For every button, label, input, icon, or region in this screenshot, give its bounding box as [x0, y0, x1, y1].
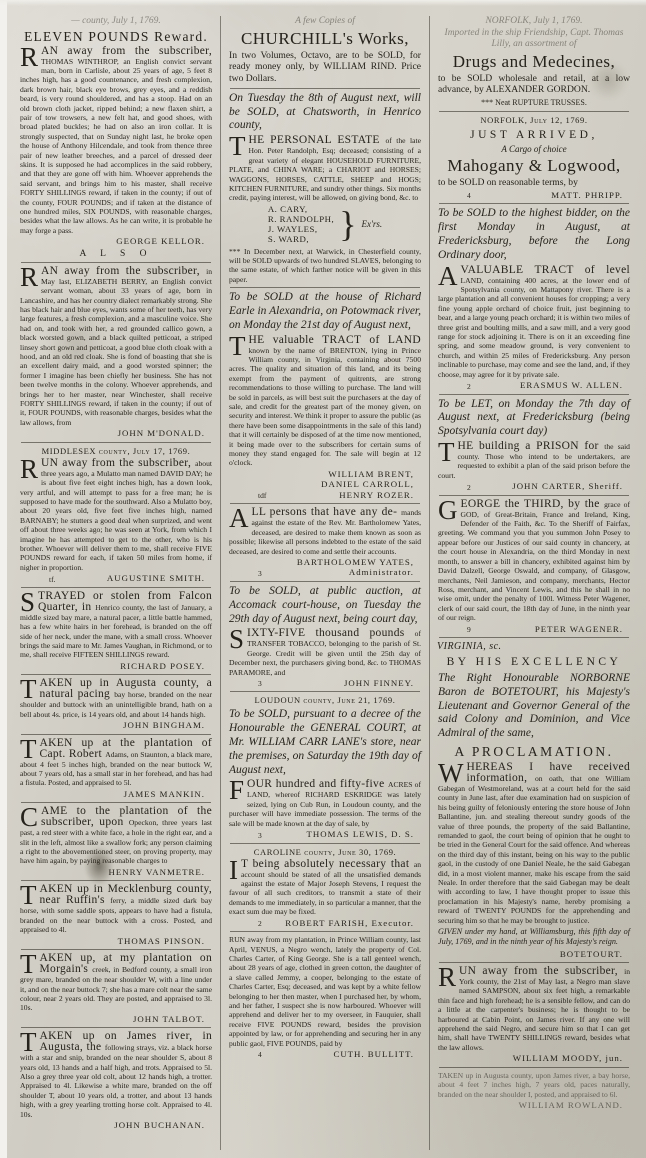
article-heading: The Right Honourable NORBORNE Baron de B…: [438, 672, 630, 741]
article: To be SOLD to the highest bidder, on the…: [437, 207, 631, 390]
article: A few Copies ofCHURCHILL's Works,In two …: [228, 16, 422, 85]
drop-cap-letter: I: [229, 859, 241, 880]
article: NORFOLK, July 12, 1769.JUST ARRIVED,A Ca…: [437, 115, 631, 200]
article-body: TAKEN up, at my plantation on Morgain's …: [20, 953, 212, 1013]
signature: JOHN M'DONALD.: [118, 428, 213, 439]
article-body: TAKEN up in Mecklenburg county, near Ruf…: [20, 884, 212, 934]
also-divider: A L S O: [19, 249, 213, 259]
article-body: THE building a PRISON for the said count…: [438, 441, 630, 480]
article-divider-rule: [21, 587, 211, 588]
drop-cap-letter: F: [229, 779, 247, 800]
article-body: THE PERSONAL ESTATE of the late Hon. Pet…: [229, 135, 421, 202]
signature-mark: 3: [228, 569, 262, 578]
signature-row: 2ROBERT FARISH, Executor.: [228, 918, 422, 929]
signature-row: tf.AUGUSTINE SMITH.: [19, 573, 213, 584]
article: GEORGE the THIRD, by the grace of GOD, o…: [437, 499, 631, 634]
article: TAKEN up in Augusta county, a natural pa…: [19, 678, 213, 730]
signature-name: MATT. PHRIPP.: [551, 190, 623, 201]
drop-cap-letter: T: [20, 953, 40, 974]
article: To be SOLD, at public auction, at Accoma…: [228, 585, 422, 689]
signature-name: AUGUSTINE SMITH.: [107, 573, 205, 584]
article-lead: AKEN up in Augusta county, a natural pac…: [40, 677, 213, 700]
signature-mark: 3: [228, 831, 262, 840]
signature-name: JOHN BUCHANAN.: [114, 1120, 205, 1131]
executor-name: A. CARY,: [268, 204, 334, 214]
article-heading: Imported in the ship Friendship, Capt. T…: [437, 28, 631, 51]
article-heading: CHURCHILL's Works,: [228, 29, 422, 48]
article-heading: NORFOLK, July 1, 1769.: [437, 16, 631, 28]
signature: JOHN BUCHANAN.: [114, 1120, 213, 1131]
article: STRAYED or stolen from Falcon Quarter, i…: [19, 591, 213, 672]
article-lead: UN away from the subscriber,: [41, 457, 195, 469]
signature-mark: tf.: [19, 575, 55, 584]
drop-cap-letter: T: [20, 738, 40, 759]
article-divider-rule: [230, 691, 420, 692]
signature-mark: 2: [437, 483, 471, 492]
signature-row: 3THOMAS LEWIS, D. S.: [228, 829, 422, 840]
article-lead: AKEN up, at my plantation on Morgain's: [40, 952, 213, 975]
signature-name: WILLIAM BRENT,: [321, 469, 414, 480]
signature-row: 2JOHN CARTER, Sheriff.: [437, 481, 631, 492]
article-heading: To be LET, on Monday the 7th day of Augu…: [438, 398, 630, 439]
article-lead: AKEN up on James river, in Augusta, the: [40, 1030, 213, 1053]
article-heading: Drugs and Medecines,: [437, 52, 631, 71]
signature-row: THOMAS PINSON.: [19, 936, 213, 947]
drop-cap-letter: T: [20, 884, 40, 905]
article-heading: BY HIS EXCELLENCY: [437, 655, 631, 670]
signature: JOHN TALBOT.: [133, 1014, 213, 1025]
article-lead: EORGE the THIRD, by the: [461, 498, 605, 510]
article-divider-rule: [21, 674, 211, 675]
article-lead: OUR hundred and fifty-five: [247, 778, 388, 790]
signature-name: BOTETOURT.: [560, 949, 623, 960]
article: To be SOLD at the house of Richard Earle…: [228, 291, 422, 500]
signature: JOHN FINNEY.: [344, 678, 422, 689]
drop-cap-letter: T: [438, 441, 458, 462]
drop-cap-letter: W: [438, 762, 466, 783]
signature: WILLIAM ROWLAND.: [519, 1100, 631, 1111]
signature: MATT. PHRIPP.: [551, 190, 631, 201]
signature-name: JOHN BINGHAM.: [123, 720, 205, 731]
article-intro: to be SOLD on reasonable terms, by: [438, 177, 630, 189]
drop-cap-letter: S: [229, 628, 247, 649]
article: TAKEN up in Mecklenburg county, near Ruf…: [19, 884, 213, 946]
article-body: STRAYED or stolen from Falcon Quarter, i…: [20, 591, 212, 660]
newspaper-scan: — county, July 1, 1769.ELEVEN POUNDS Rew…: [0, 0, 646, 1158]
signature-mark: 9: [437, 625, 471, 634]
newspaper-column-right: NORFOLK, July 1, 1769.Imported in the sh…: [429, 16, 638, 1150]
article-intro: In two Volumes, Octavo, are to be SOLD, …: [229, 50, 421, 85]
article-body: RUN away from the subscriber, about thre…: [20, 458, 212, 572]
signature: ERASMUS W. ALLEN.: [520, 380, 631, 391]
drop-cap-letter: T: [229, 335, 249, 356]
article-divider-rule: [230, 843, 420, 844]
article-divider-rule: [21, 734, 211, 735]
article: — county, July 1, 1769.ELEVEN POUNDS Rew…: [19, 16, 213, 259]
signature-name: GEORGE KELLOR.: [116, 236, 205, 247]
drop-cap-letter: R: [438, 966, 459, 987]
article-heading: ELEVEN POUNDS Reward.: [19, 29, 213, 45]
article-lead: AN away from the subscriber,: [41, 45, 212, 57]
drop-cap-letter: T: [20, 1031, 40, 1052]
signature: JOHN BINGHAM.: [123, 720, 213, 731]
article-body: IT being absolutely necessary that an ac…: [229, 859, 421, 917]
signature-name: JOHN CARTER, Sheriff.: [512, 481, 623, 492]
brace-glyph: }: [339, 208, 356, 240]
article-body: GEORGE the THIRD, by the grace of GOD, o…: [438, 499, 630, 623]
article: RUN away from the subscriber, in York co…: [437, 966, 631, 1064]
article-body: SIXTY-FIVE thousand pounds of TRANSFER T…: [229, 628, 421, 677]
article-heading: CAROLINE county, June 30, 1769.: [228, 847, 422, 858]
article-heading: To be SOLD, pursuant to a decree of the …: [229, 708, 421, 777]
signature: ROBERT FARISH, Executor.: [285, 918, 422, 929]
executor-name: R. RANDOLPH,: [268, 214, 334, 224]
signature-name: CUTH. BULLITT.: [333, 1049, 414, 1060]
article-body: AVALUABLE TRACT of level LAND, containin…: [438, 265, 630, 379]
article-body: FOUR hundred and fifty-five ACRES of LAN…: [229, 779, 421, 828]
article-lead: AKEN up at the plantation of Capt. Rober…: [40, 737, 213, 760]
article-heading: — county, July 1, 1769.: [19, 16, 213, 28]
signature-name: THOMAS LEWIS, D. S.: [307, 829, 414, 840]
article: TAKEN up on James river, in Augusta, the…: [19, 1031, 213, 1130]
article-lead: VALUABLE TRACT of level: [461, 264, 631, 276]
article-body: WHEREAS I have received information, on …: [438, 762, 630, 925]
signature-row: 4CUTH. BULLITT.: [228, 1049, 422, 1060]
signature-row: JAMES MANKIN.: [19, 789, 213, 800]
article-divider-rule: [230, 287, 420, 288]
signature-row: HENRY VANMETRE.: [19, 867, 213, 878]
signature: THOMAS LEWIS, D. S.: [307, 829, 422, 840]
drop-cap-letter: C: [20, 806, 41, 827]
article-divider-rule: [439, 495, 629, 496]
article-heading: A PROCLAMATION.: [437, 743, 631, 760]
article: RAN away from the subscriber, in May las…: [19, 266, 213, 439]
article-divider-rule: [21, 262, 211, 263]
article-divider-rule: [439, 637, 629, 638]
article: CAME to the plantation of the subscriber…: [19, 806, 213, 877]
article-body: RUN away from my plantation, in Prince W…: [229, 935, 421, 1048]
signature: AUGUSTINE SMITH.: [107, 573, 213, 584]
article-body: TAKEN up in Augusta county, upon James r…: [438, 1071, 630, 1099]
article-body: THE valuable TRACT of LAND known by the …: [229, 335, 421, 468]
signature: THOMAS PINSON.: [118, 936, 213, 947]
columns-container: — county, July 1, 1769.ELEVEN POUNDS Rew…: [0, 0, 646, 1158]
article-divider-rule: [439, 203, 629, 204]
executors-label: Ex'rs.: [361, 219, 382, 229]
article-lead: TRAYED or stolen from Falcon Quarter, in: [38, 590, 212, 613]
signature-row: WILLIAM MOODY, jun.: [437, 1053, 631, 1064]
article-divider-rule: [21, 880, 211, 881]
signature-name: JOHN TALBOT.: [133, 1014, 205, 1025]
drop-cap-letter: A: [229, 507, 252, 528]
article-intro: to be SOLD wholesale and retail, at a lo…: [438, 73, 630, 97]
article-body: RAN away from the subscriber, THOMAS WIN…: [20, 46, 212, 236]
article-lead: LL persons that have any de-: [252, 506, 402, 518]
article-lead: IXTY-FIVE thousand pounds: [247, 627, 415, 639]
drop-cap-letter: T: [229, 135, 249, 156]
article-divider-rule: [21, 802, 211, 803]
drop-cap-letter: R: [20, 266, 41, 287]
signature-mark: 4: [228, 1050, 262, 1059]
article-divider-rule: [439, 394, 629, 395]
signature-name: JAMES MANKIN.: [124, 789, 205, 800]
signature: CUTH. BULLITT.: [333, 1049, 422, 1060]
signature-mark: 3: [228, 679, 262, 688]
article-body: TAKEN up at the plantation of Capt. Robe…: [20, 738, 212, 788]
article-lead: HE PERSONAL ESTATE: [249, 134, 386, 146]
signature-name: RICHARD POSEY.: [120, 661, 205, 672]
drop-cap-letter: A: [438, 265, 461, 286]
signature-row: tdfWILLIAM BRENT,DANIEL CARROLL,HENRY RO…: [228, 469, 422, 501]
article-lead: AKEN up in Mecklenburg county, near Ruff…: [40, 883, 213, 906]
executor-names: A. CARY,R. RANDOLPH,J. WAYLES,S. WARD,: [268, 204, 334, 245]
signature: WILLIAM BRENT,DANIEL CARROLL,HENRY ROZER…: [321, 469, 422, 501]
article-heading: To be SOLD at the house of Richard Earle…: [229, 291, 421, 332]
article-divider-rule: [230, 931, 420, 932]
article-heading: To be SOLD to the highest bidder, on the…: [438, 207, 630, 262]
signature: RICHARD POSEY.: [120, 661, 213, 672]
signature: WILLIAM MOODY, jun.: [513, 1053, 631, 1064]
signature-mark: 4: [437, 191, 471, 200]
article-divider-rule: [230, 88, 420, 89]
drop-cap-letter: G: [438, 499, 461, 520]
signature-name: THOMAS PINSON.: [118, 936, 205, 947]
signature: BARTHOLOMEW YATES, Administrator.: [262, 557, 422, 578]
article-note: *** In December next, at Warwick, in Che…: [229, 247, 421, 285]
article-lead: UN away from the subscriber,: [459, 965, 624, 977]
signature-name: JOHN M'DONALD.: [118, 428, 205, 439]
signature: HENRY VANMETRE.: [109, 867, 213, 878]
signature-row: JOHN BINGHAM.: [19, 720, 213, 731]
signature-row: JOHN BUCHANAN.: [19, 1120, 213, 1131]
article-heading: Mahogany & Logwood,: [437, 156, 631, 175]
signature-row: 9PETER WAGENER.: [437, 624, 631, 635]
signature-name: HENRY VANMETRE.: [109, 867, 205, 878]
signature-row: JOHN M'DONALD.: [19, 428, 213, 439]
article: TAKEN up in Augusta county, upon James r…: [437, 1071, 631, 1111]
article-divider-rule: [439, 111, 629, 112]
drop-cap-letter: S: [20, 591, 38, 612]
article: On Tuesday the 8th of August next, will …: [228, 92, 422, 284]
article: NORFOLK, July 1, 1769.Imported in the sh…: [437, 16, 631, 108]
signature-name: WILLIAM ROWLAND.: [519, 1100, 623, 1111]
signature-mark: 2: [228, 919, 262, 928]
executor-name: J. WAYLES,: [268, 224, 334, 234]
article-divider-rule: [439, 962, 629, 963]
signature-row: 2ERASMUS W. ALLEN.: [437, 380, 631, 391]
signature-name: ROBERT FARISH, Executor.: [285, 918, 414, 929]
article: RUN away from my plantation, in Prince W…: [228, 935, 422, 1059]
signature-name: BARTHOLOMEW YATES, Administrator.: [262, 557, 414, 578]
drop-cap-letter: R: [20, 46, 41, 67]
signature-row: 4MATT. PHRIPP.: [437, 190, 631, 201]
article-lead: HE valuable TRACT of LAND: [249, 334, 422, 346]
signature-name: DANIEL CARROLL,: [321, 479, 414, 490]
signature-row: 3JOHN FINNEY.: [228, 678, 422, 689]
article-body: ALL persons that have any de- mands agai…: [229, 507, 421, 556]
article-body: TAKEN up on James river, in Augusta, the…: [20, 1031, 212, 1119]
article-body: TAKEN up in Augusta county, a natural pa…: [20, 678, 212, 719]
signature-row: 3BARTHOLOMEW YATES, Administrator.: [228, 557, 422, 578]
newspaper-column-left: — county, July 1, 1769.ELEVEN POUNDS Rew…: [12, 16, 220, 1150]
article-body: CAME to the plantation of the subscriber…: [20, 806, 212, 866]
article-heading: On Tuesday the 8th of August next, will …: [229, 92, 421, 133]
article-heading: To be SOLD, at public auction, at Accoma…: [229, 585, 421, 626]
article-heading: NORFOLK, July 12, 1769.: [437, 115, 631, 126]
signature: BOTETOURT.: [560, 949, 631, 960]
article-divider-rule: [230, 581, 420, 582]
signature: GEORGE KELLOR.: [116, 236, 213, 247]
article-lead: T being absolutely necessary that: [241, 858, 414, 870]
signature-row: JOHN TALBOT.: [19, 1014, 213, 1025]
signature-row: BOTETOURT.: [437, 949, 631, 960]
signature-row: WILLIAM ROWLAND.: [437, 1100, 631, 1111]
signature-name: JOHN FINNEY.: [344, 678, 414, 689]
scan-edge: [0, 0, 7, 1158]
article: VIRGINIA, sc.BY HIS EXCELLENCYThe Right …: [437, 641, 631, 959]
article-divider-rule: [21, 1027, 211, 1028]
article-divider-rule: [21, 949, 211, 950]
signature: PETER WAGENER.: [535, 624, 631, 635]
article-heading: A few Copies of: [228, 16, 422, 28]
article: ALL persons that have any de- mands agai…: [228, 507, 422, 578]
article-lead: HE building a PRISON for: [458, 440, 605, 452]
article-lead: AN away from the subscriber,: [41, 265, 206, 277]
scan-edge: [0, 0, 646, 6]
article-divider-rule: [230, 503, 420, 504]
newspaper-column-middle: A few Copies ofCHURCHILL's Works,In two …: [220, 16, 429, 1150]
article: LOUDOUN county, June 21, 1769.To be SOLD…: [228, 695, 422, 839]
signature: JAMES MANKIN.: [124, 789, 213, 800]
article: TAKEN up at the plantation of Capt. Robe…: [19, 738, 213, 800]
article-heading: LOUDOUN county, June 21, 1769.: [228, 695, 422, 706]
proclamation-given: GIVEN under my hand, at Williamsburg, th…: [438, 927, 630, 947]
executor-name: S. WARD,: [268, 234, 334, 244]
signature: JOHN CARTER, Sheriff.: [512, 481, 631, 492]
article-lead: AME to the plantation of the subscriber,…: [41, 805, 212, 828]
article: To be LET, on Monday the 7th day of Augu…: [437, 398, 631, 492]
signature-mark: 2: [437, 382, 471, 391]
signature-row: RICHARD POSEY.: [19, 661, 213, 672]
signature-name: ERASMUS W. ALLEN.: [520, 380, 623, 391]
article: CAROLINE county, June 30, 1769.IT being …: [228, 847, 422, 929]
article-divider-rule: [21, 442, 211, 443]
signature-mark: tdf: [228, 491, 266, 500]
newspaper-page: — county, July 1, 1769.ELEVEN POUNDS Rew…: [0, 0, 646, 1158]
article-heading: JUST ARRIVED,: [437, 128, 631, 143]
article: MIDDLESEX county, July 17, 1769.RUN away…: [19, 446, 213, 584]
article-heading: A Cargo of choice: [437, 144, 631, 155]
signature-row: GEORGE KELLOR.: [19, 236, 213, 247]
signature-name: PETER WAGENER.: [535, 624, 623, 635]
article-lead: HEREAS I have received information,: [466, 761, 630, 784]
article-heading: MIDDLESEX county, July 17, 1769.: [19, 446, 213, 457]
signature-name: HENRY ROZER.: [321, 490, 414, 501]
article-body: RUN away from the subscriber, in York co…: [438, 966, 630, 1052]
article-note: *** Neat RUPTURE TRUSSES.: [437, 98, 631, 108]
article-divider-rule: [439, 1067, 629, 1068]
executors-list: A. CARY,R. RANDOLPH,J. WAYLES,S. WARD,}E…: [228, 204, 422, 245]
article-heading: VIRGINIA, sc.: [437, 641, 631, 653]
drop-cap-letter: T: [20, 678, 40, 699]
drop-cap-letter: R: [20, 458, 41, 479]
article-body: RAN away from the subscriber, in May las…: [20, 266, 212, 428]
article: TAKEN up, at my plantation on Morgain's …: [19, 953, 213, 1024]
signature-name: WILLIAM MOODY, jun.: [513, 1053, 623, 1064]
